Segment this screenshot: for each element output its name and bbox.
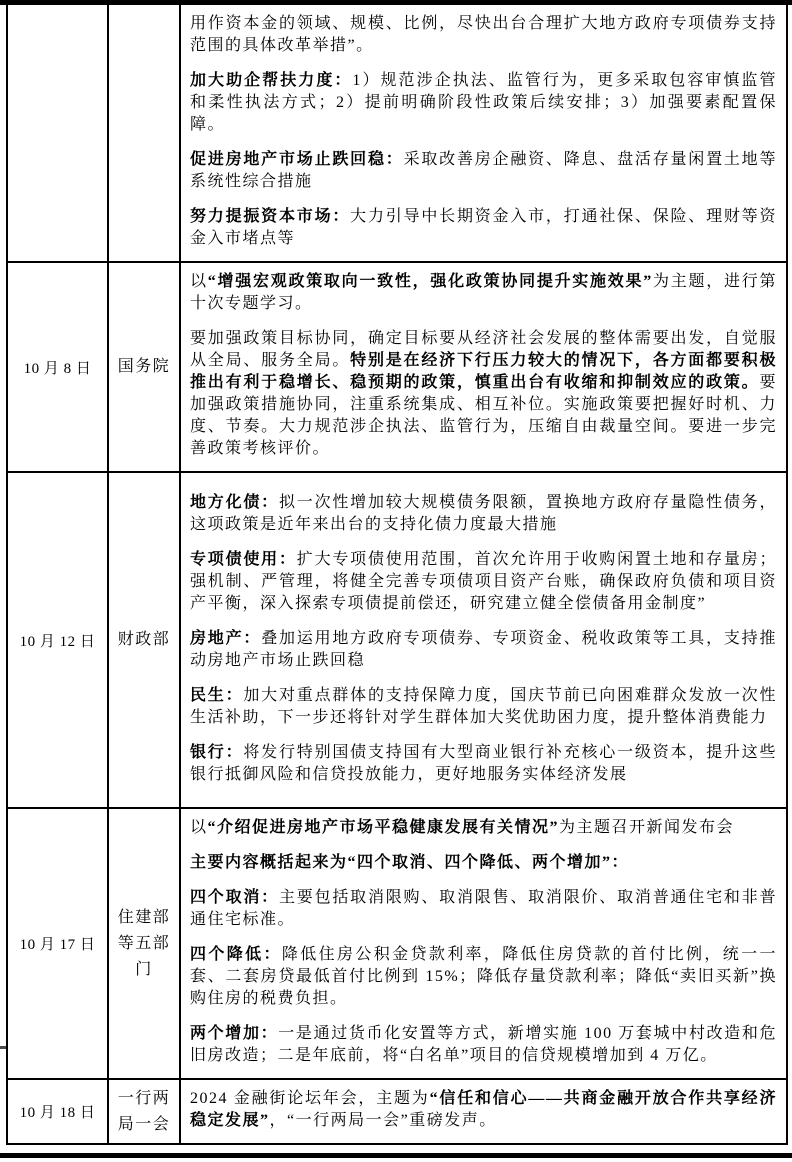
table-row: 10 月 18 日一行两局一会2024 金融街论坛年会，主题为“信任和信心——共… xyxy=(7,1079,787,1144)
organization-cell: 国务院 xyxy=(108,262,180,472)
policy-paragraph: 四个取消：主要包括取消限购、取消限售、取消限价、取消普通住宅和非普通住宅标准。 xyxy=(190,887,777,931)
page-bottom-rule xyxy=(0,1153,792,1158)
organization-cell: 财政部 xyxy=(108,472,180,808)
bold-run: 专项债使用： xyxy=(190,551,297,568)
policy-paragraph: 加大助企帮扶力度：1）规范涉企执法、监管行为，更多采取包容审慎监管和柔性执法方式… xyxy=(190,70,777,136)
bold-run: 主要内容概括起来为“四个取消、四个降低、两个增加”： xyxy=(190,854,629,871)
policy-paragraph: 两个增加：一是通过货币化安置等方式，新增实施 100 万套城中村改造和危旧房改造… xyxy=(190,1023,777,1067)
policy-paragraph: 用作资本金的领域、规模、比例，尽快出台合理扩大地方政府专项债券支持范围的具体改革… xyxy=(190,13,777,57)
date-cell xyxy=(7,5,108,262)
content-cell: 2024 金融街论坛年会，主题为“信任和信心——共商金融开放合作共享经济稳定发展… xyxy=(180,1079,787,1144)
date-cell: 10 月 12 日 xyxy=(7,472,108,808)
text-run: 一是通过货币化安置等方式，新增实施 100 万套城中村改造和危旧房改造；二是年底… xyxy=(190,1025,777,1064)
bold-run: 房地产： xyxy=(190,630,261,647)
text-run: 为主题召开新闻发布会 xyxy=(559,819,734,836)
content-cell: 以“增强宏观政策取向一致性，强化政策协同提升实施效果”为主题，进行第十次专题学习… xyxy=(180,262,787,472)
bold-run: 两个增加： xyxy=(190,1025,278,1042)
text-run: 用作资本金的领域、规模、比例，尽快出台合理扩大地方政府专项债券支持范围的具体改革… xyxy=(190,15,777,54)
bold-run: 四个取消： xyxy=(190,889,279,906)
policy-table: 用作资本金的领域、规模、比例，尽快出台合理扩大地方政府专项债券支持范围的具体改革… xyxy=(6,5,788,1145)
policy-paragraph: 主要内容概括起来为“四个取消、四个降低、两个增加”： xyxy=(190,852,777,874)
bold-run: 银行： xyxy=(190,744,243,761)
text-run: 叠加运用地方政府专项债券、专项资金、税收政策等工具，支持推动房地产市场止跌回稳 xyxy=(190,630,777,669)
text-run: ，“一行两局一会”重磅发声。 xyxy=(270,1112,497,1129)
text-run: 2024 金融街论坛年会，主题为 xyxy=(190,1090,430,1107)
policy-paragraph: 努力提振资本市场：大力引导中长期资金入市，打通社保、保险、理财等资金入市堵点等 xyxy=(190,206,777,250)
date-cell: 10 月 18 日 xyxy=(7,1079,108,1144)
policy-paragraph: 以“增强宏观政策取向一致性，强化政策协同提升实施效果”为主题，进行第十次专题学习… xyxy=(190,271,777,315)
policy-paragraph: 房地产：叠加运用地方政府专项债券、专项资金、税收政策等工具，支持推动房地产市场止… xyxy=(190,628,777,672)
content-cell: 用作资本金的领域、规模、比例，尽快出台合理扩大地方政府专项债券支持范围的具体改革… xyxy=(180,5,787,262)
table-row: 10 月 8 日国务院以“增强宏观政策取向一致性，强化政策协同提升实施效果”为主… xyxy=(7,262,787,472)
bold-run: 地方化债： xyxy=(190,494,279,511)
bold-run: 努力提振资本市场： xyxy=(190,208,350,225)
policy-paragraph: 银行：将发行特别国债支持国有大型商业银行补充核心一级资本，提升这些银行抵御风险和… xyxy=(190,742,777,786)
organization-cell: 住建部等五部门 xyxy=(108,808,180,1079)
text-run: 拟一次性增加较大规模债务限额，置换地方政府存量隐性债务，这项政策是近年来出台的支… xyxy=(190,494,777,533)
bold-run: 促进房地产市场止跌回稳： xyxy=(190,151,404,168)
date-cell: 10 月 17 日 xyxy=(7,808,108,1079)
date-cell: 10 月 8 日 xyxy=(7,262,108,472)
content-cell: 以“介绍促进房地产市场平稳健康发展有关情况”为主题召开新闻发布会主要内容概括起来… xyxy=(180,808,787,1079)
text-run: 将发行特别国债支持国有大型商业银行补充核心一级资本，提升这些银行抵御风险和信贷投… xyxy=(190,744,777,783)
policy-paragraph: 要加强政策目标协同，确定目标要从经济社会发展的整体需要出发，自觉服从全局、服务全… xyxy=(190,328,777,460)
bold-run: “增强宏观政策取向一致性，强化政策协同提升实施效果” xyxy=(208,273,653,290)
bold-run: 民生： xyxy=(190,687,243,704)
table-row: 10 月 17 日住建部等五部门以“介绍促进房地产市场平稳健康发展有关情况”为主… xyxy=(7,808,787,1079)
text-run: 以 xyxy=(190,819,208,836)
left-margin-tick xyxy=(0,1046,6,1049)
table-row: 用作资本金的领域、规模、比例，尽快出台合理扩大地方政府专项债券支持范围的具体改革… xyxy=(7,5,787,262)
text-run: 主要包括取消限购、取消限售、取消限价、取消普通住宅和非普通住宅标准。 xyxy=(190,889,777,928)
text-run: 加大对重点群体的支持保障力度，国庆节前已向困难群众发放一次性生活补助，下一步还将… xyxy=(190,687,777,726)
bold-run: “介绍促进房地产市场平稳健康发展有关情况” xyxy=(208,819,560,836)
text-run: 以 xyxy=(190,273,208,290)
organization-cell xyxy=(108,5,180,262)
policy-paragraph: 2024 金融街论坛年会，主题为“信任和信心——共商金融开放合作共享经济稳定发展… xyxy=(190,1088,777,1132)
policy-paragraph: 四个降低：降低住房公积金贷款利率，降低住房贷款的首付比例，统一一套、二套房贷最低… xyxy=(190,944,777,1010)
organization-cell: 一行两局一会 xyxy=(108,1079,180,1144)
content-cell: 地方化债：拟一次性增加较大规模债务限额，置换地方政府存量隐性债务，这项政策是近年… xyxy=(180,472,787,808)
bold-run: 加大助企帮扶力度： xyxy=(190,72,352,89)
policy-paragraph: 促进房地产市场止跌回稳：采取改善房企融资、降息、盘活存量闲置土地等系统性综合措施 xyxy=(190,149,777,193)
policy-paragraph: 专项债使用：扩大专项债使用范围，首次允许用于收购闲置土地和存量房；强机制、严管理… xyxy=(190,549,777,615)
policy-paragraph: 地方化债：拟一次性增加较大规模债务限额，置换地方政府存量隐性债务，这项政策是近年… xyxy=(190,492,777,536)
policy-paragraph: 民生：加大对重点群体的支持保障力度，国庆节前已向困难群众发放一次性生活补助，下一… xyxy=(190,685,777,729)
policy-paragraph: 以“介绍促进房地产市场平稳健康发展有关情况”为主题召开新闻发布会 xyxy=(190,817,777,839)
table-row: 10 月 12 日财政部地方化债：拟一次性增加较大规模债务限额，置换地方政府存量… xyxy=(7,472,787,808)
bold-run: 四个降低： xyxy=(190,946,282,963)
document-page: 用作资本金的领域、规模、比例，尽快出台合理扩大地方政府专项债券支持范围的具体改革… xyxy=(0,0,792,1162)
